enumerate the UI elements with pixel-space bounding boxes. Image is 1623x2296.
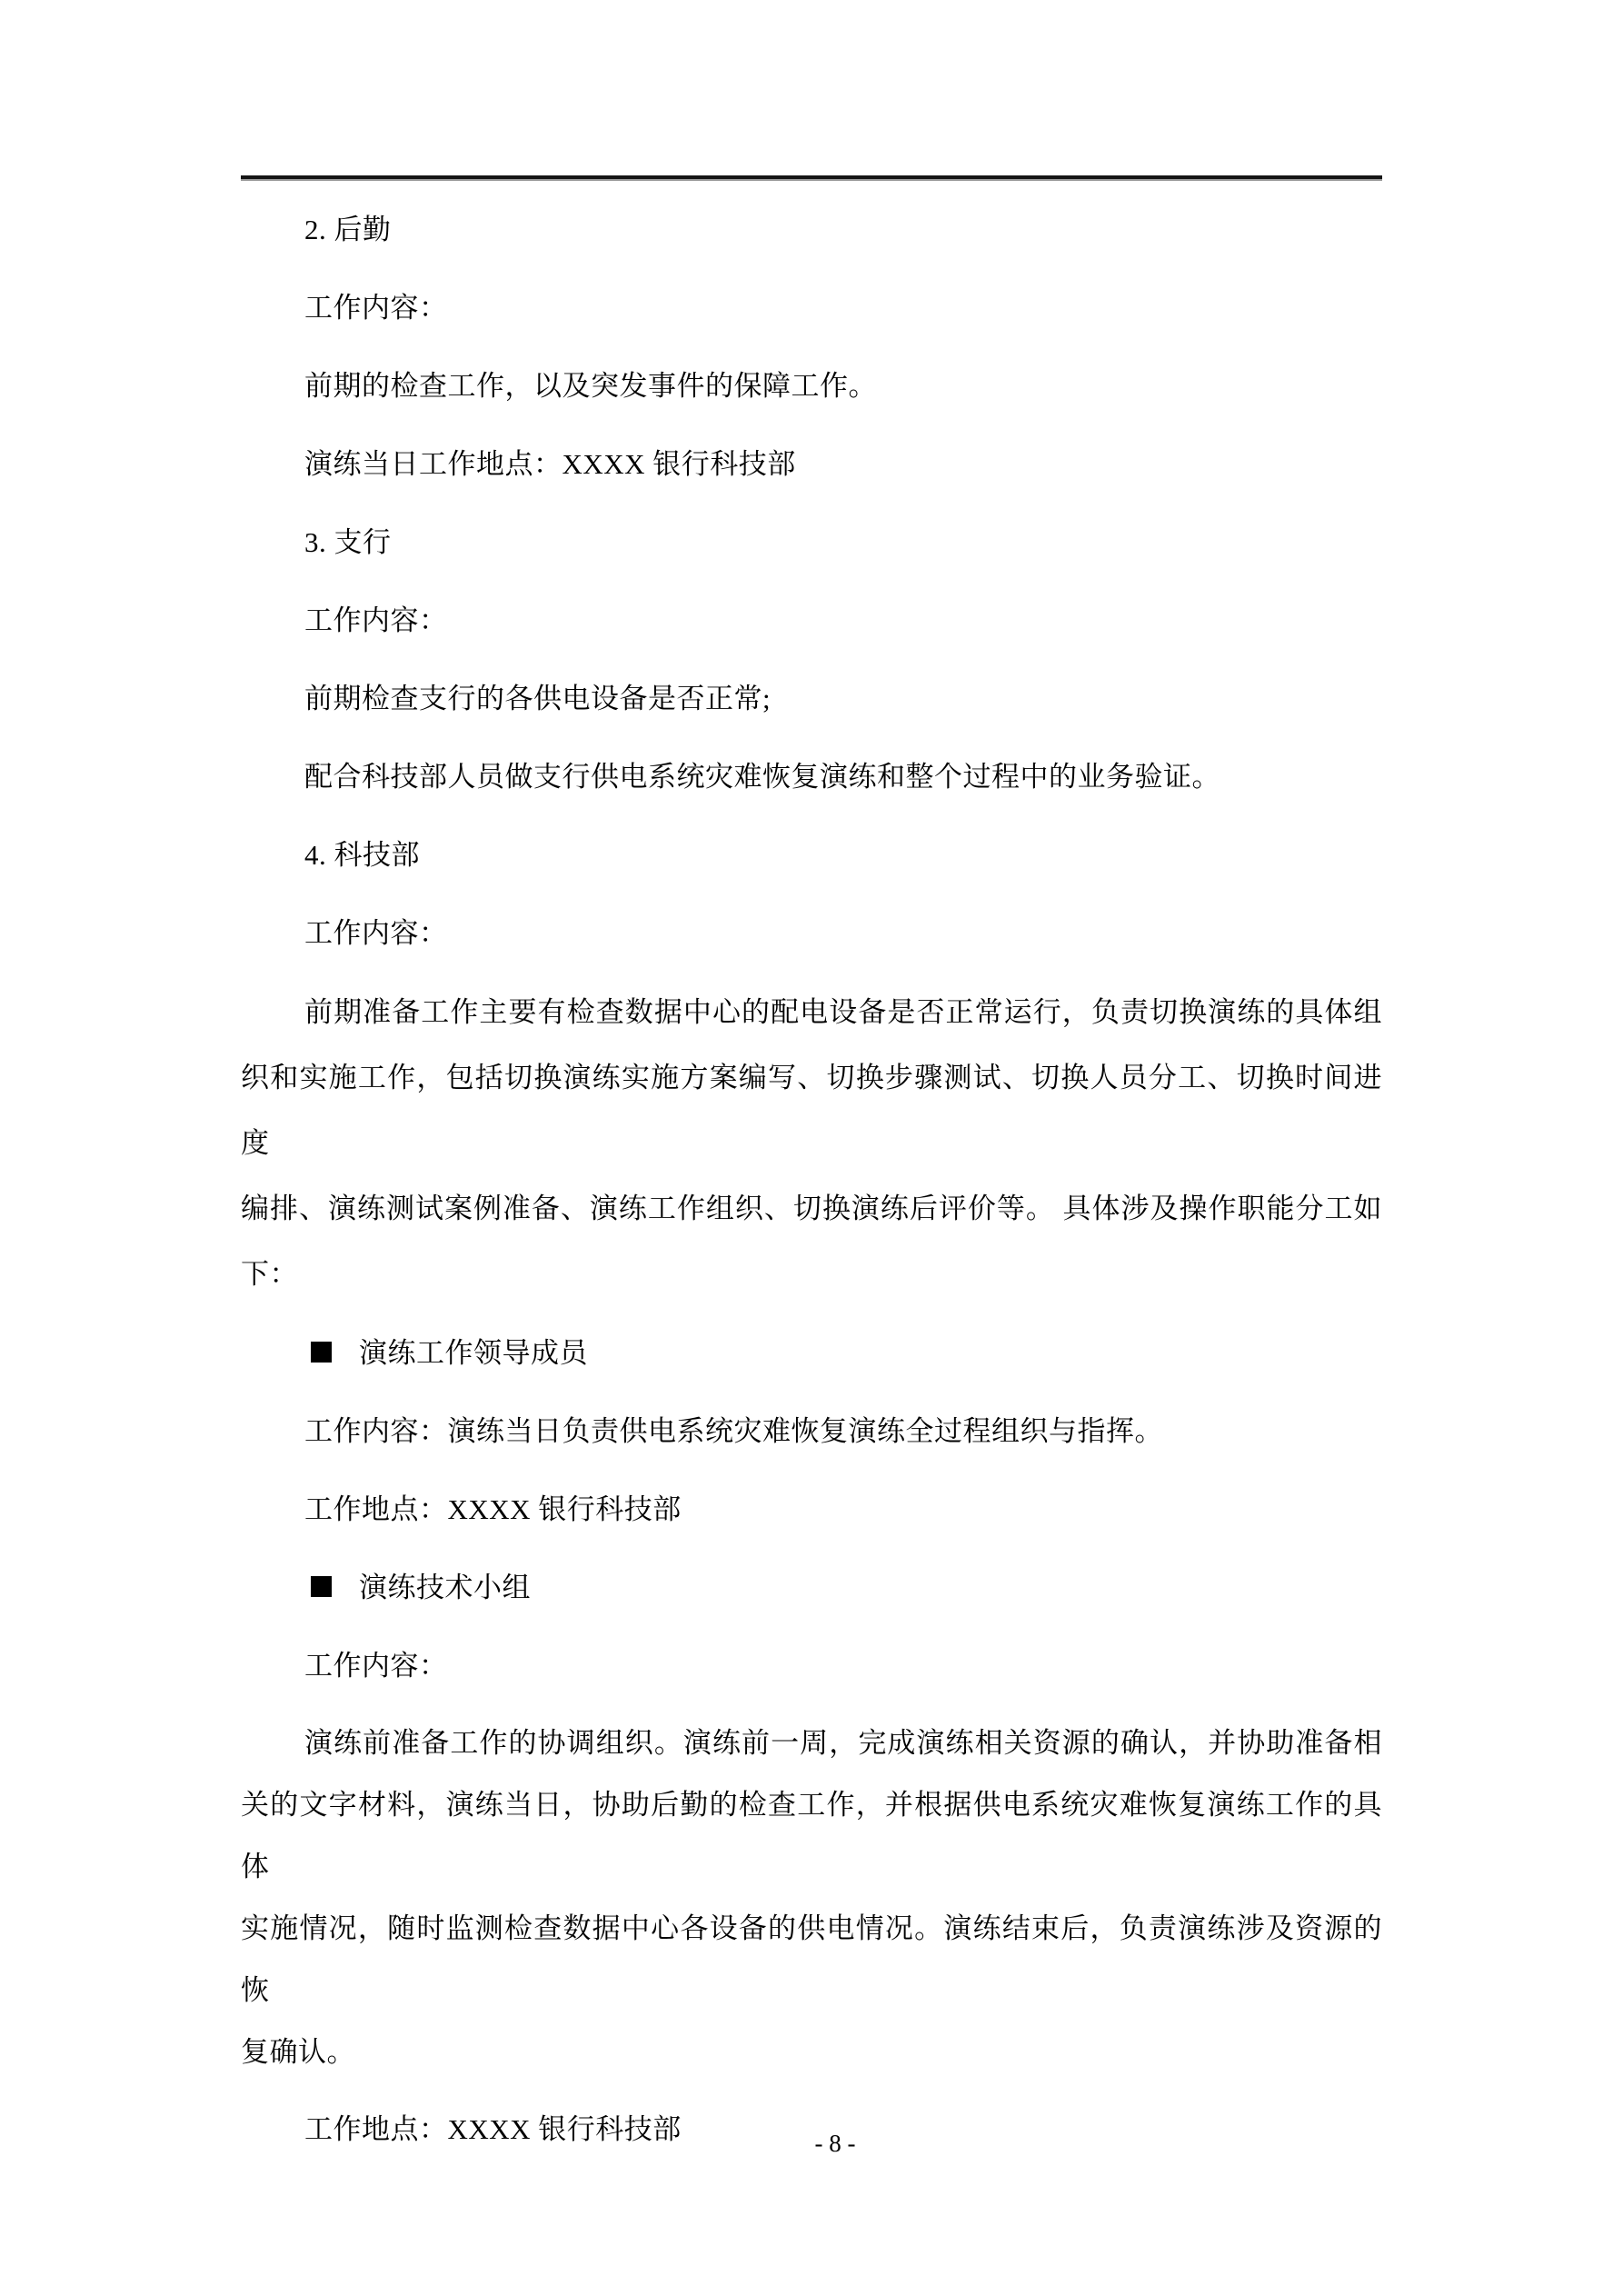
section-heading-2-houqin: 2. 后勤 xyxy=(241,198,1382,262)
header-rule xyxy=(241,175,1382,179)
paragraph-kejibu-duties: 前期准备工作主要有检查数据中心的配电设备是否正常运行，负责切换演练的具体组 织和… xyxy=(241,980,1382,1307)
paragraph-technical-duties: 演练前准备工作的协调组织。演练前一周，完成演练相关资源的确认，并协助准备相 关的… xyxy=(241,1712,1382,2083)
paragraph-zhihang-duty-2: 配合科技部人员做支行供电系统灾难恢复演练和整个过程中的业务验证。 xyxy=(241,745,1382,809)
paragraph-line: 下： xyxy=(241,1242,1382,1307)
paragraph-leadership-location: 工作地点：XXXX 银行科技部 xyxy=(241,1478,1382,1542)
paragraph-work-content-label: 工作内容： xyxy=(241,276,1382,340)
paragraph-houqin-duties: 前期的检查工作，以及突发事件的保障工作。 xyxy=(241,354,1382,418)
paragraph-line: 关的文字材料，演练当日，协助后勤的检查工作，并根据供电系统灾难恢复演练工作的具体 xyxy=(241,1774,1382,1898)
paragraph-work-content-label: 工作内容： xyxy=(241,1634,1382,1698)
paragraph-leadership-duty: 工作内容：演练当日负责供电系统灾难恢复演练全过程组织与指挥。 xyxy=(241,1400,1382,1463)
paragraph-line: 复确认。 xyxy=(241,2021,1382,2083)
page-number: - 8 - xyxy=(0,2125,1623,2161)
paragraph-houqin-location: 演练当日工作地点：XXXX 银行科技部 xyxy=(241,433,1382,496)
paragraph-line: 演练前准备工作的协调组织。演练前一周，完成演练相关资源的确认，并协助准备相 xyxy=(241,1712,1382,1774)
bullet-square-icon xyxy=(311,1342,332,1363)
bullet-square-icon xyxy=(311,1576,332,1597)
paragraph-zhihang-duty-1: 前期检查支行的各供电设备是否正常; xyxy=(241,667,1382,731)
paragraph-line: 实施情况，随时监测检查数据中心各设备的供电情况。演练结束后，负责演练涉及资源的恢 xyxy=(241,1898,1382,2021)
bullet-item-technical-group: 演练技术小组 xyxy=(241,1556,1382,1620)
paragraph-line: 前期准备工作主要有检查数据中心的配电设备是否正常运行，负责切换演练的具体组 xyxy=(241,980,1382,1045)
paragraph-work-content-label: 工作内容： xyxy=(241,902,1382,965)
paragraph-line: 织和实施工作，包括切换演练实施方案编写、切换步骤测试、切换人员分工、切换时间进度 xyxy=(241,1045,1382,1176)
document-page: 2. 后勤 工作内容： 前期的检查工作，以及突发事件的保障工作。 演练当日工作地… xyxy=(0,0,1623,2296)
bullet-label: 演练工作领导成员 xyxy=(359,1337,588,1369)
bullet-label: 演练技术小组 xyxy=(359,1572,531,1603)
paragraph-line: 编排、演练测试案例准备、演练工作组织、切换演练后评价等。 具体涉及操作职能分工如 xyxy=(241,1176,1382,1242)
document-body: 2. 后勤 工作内容： 前期的检查工作，以及突发事件的保障工作。 演练当日工作地… xyxy=(241,198,1382,2176)
paragraph-work-content-label: 工作内容： xyxy=(241,589,1382,653)
bullet-item-leadership-group: 演练工作领导成员 xyxy=(241,1322,1382,1385)
section-heading-3-zhihang: 3. 支行 xyxy=(241,511,1382,574)
section-heading-4-kejibu: 4. 科技部 xyxy=(241,824,1382,887)
